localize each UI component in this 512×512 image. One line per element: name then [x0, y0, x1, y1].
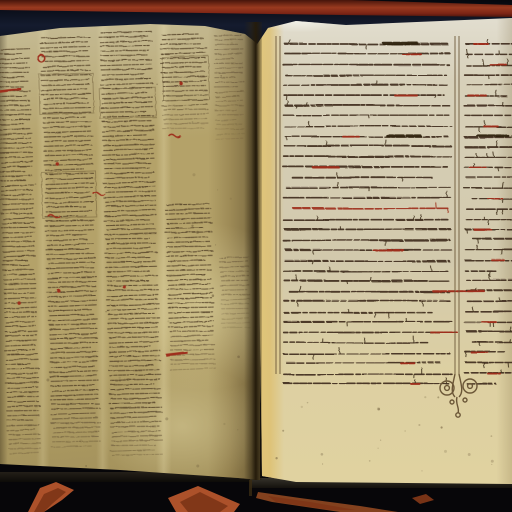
left-page-script	[0, 20, 260, 482]
gutter-fold	[244, 22, 262, 480]
left-page	[0, 20, 260, 482]
right-page	[256, 16, 512, 486]
manuscript-photo	[0, 0, 512, 512]
right-page-script	[256, 16, 512, 486]
